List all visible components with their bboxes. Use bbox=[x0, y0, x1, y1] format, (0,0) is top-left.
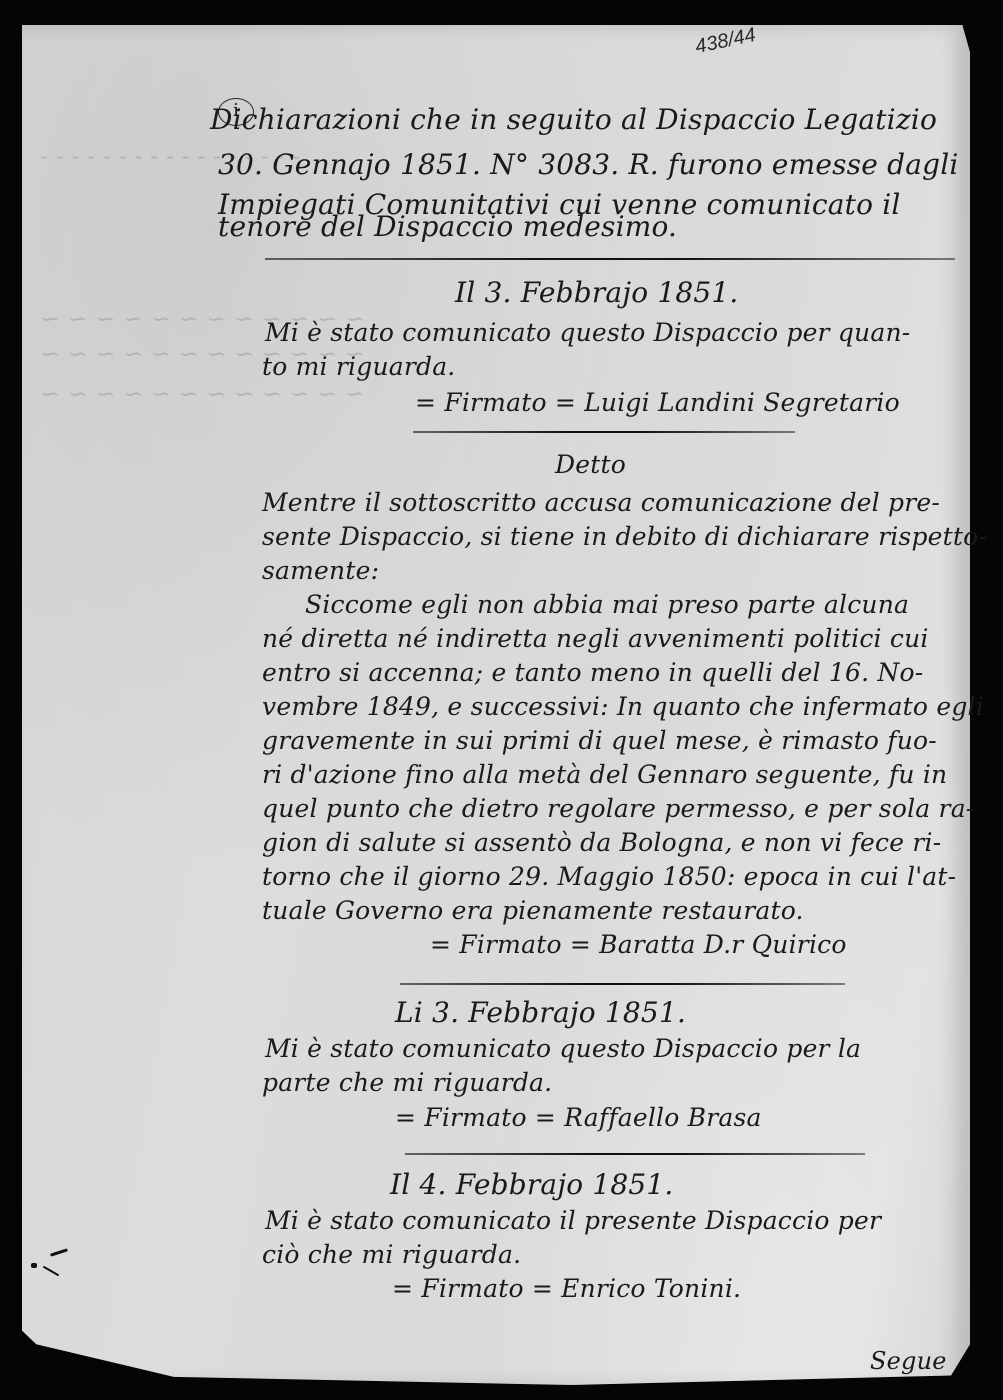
separator-rule bbox=[400, 983, 845, 985]
header-line: tenore del Dispaccio medesimo. bbox=[218, 210, 677, 243]
entry-body-line: Siccome egli non abbia mai preso parte a… bbox=[305, 590, 909, 619]
entry-body-line: né diretta né indiretta negli avveniment… bbox=[262, 624, 929, 653]
entry-signature: = Firmato = Luigi Landini Segretario bbox=[415, 388, 900, 417]
entry-body-line: to mi riguarda. bbox=[262, 352, 455, 381]
entry-signature: = Firmato = Raffaello Brasa bbox=[395, 1103, 762, 1132]
separator-rule bbox=[265, 258, 955, 260]
entry-body-line: gravemente in sui primi di quel mese, è … bbox=[262, 726, 937, 755]
entry-body-line: Mi è stato comunicato questo Dispaccio p… bbox=[265, 318, 910, 347]
entry-date: Li 3. Febbrajo 1851. bbox=[395, 996, 686, 1029]
entry-body-line: entro si accenna; e tanto meno in quelli… bbox=[262, 658, 923, 687]
entry-body-line: ri d'azione fino alla metà del Gennaro s… bbox=[262, 760, 947, 789]
entry-signature: = Firmato = Baratta D.r Quirico bbox=[430, 930, 847, 959]
entry-body-line: gion di salute si assentò da Bologna, e … bbox=[262, 828, 941, 857]
separator-rule bbox=[405, 1153, 865, 1155]
entry-body-line: Mi è stato comunicato il presente Dispac… bbox=[265, 1206, 881, 1235]
entry-date: Detto bbox=[555, 450, 626, 479]
entry-body-line: ciò che mi riguarda. bbox=[262, 1240, 521, 1269]
entry-body-line: tuale Governo era pienamente restaurato. bbox=[262, 896, 804, 925]
bleed-through-text: ~ ~ ~ ~ ~ ~ ~ ~ ~ ~ ~ ~ bbox=[40, 380, 365, 408]
entry-body-line: parte che mi riguarda. bbox=[262, 1068, 552, 1097]
entry-signature: = Firmato = Enrico Tonini. bbox=[392, 1274, 741, 1303]
entry-date: Il 4. Febbrajo 1851. bbox=[390, 1168, 674, 1201]
entry-date: Il 3. Febbrajo 1851. bbox=[455, 276, 739, 309]
separator-rule bbox=[413, 431, 795, 433]
entry-body-line: quel punto che dietro regolare permesso,… bbox=[262, 794, 974, 823]
entry-body-line: vembre 1849, e successivi: In quanto che… bbox=[262, 692, 984, 721]
header-line: Dichiarazioni che in seguito al Dispacci… bbox=[210, 103, 937, 136]
ink-mark bbox=[31, 1263, 37, 1268]
entry-body-line: torno che il giorno 29. Maggio 1850: epo… bbox=[262, 862, 956, 891]
catchword: Segue bbox=[870, 1347, 947, 1375]
entry-body-line: Mentre il sottoscritto accusa comunicazi… bbox=[262, 488, 940, 517]
entry-body-line: sente Dispaccio, si tiene in debito di d… bbox=[262, 522, 987, 551]
entry-body-line: samente: bbox=[262, 556, 379, 585]
header-line: 30. Gennajo 1851. N° 3083. R. furono eme… bbox=[218, 148, 959, 181]
entry-body-line: Mi è stato comunicato questo Dispaccio p… bbox=[265, 1034, 861, 1063]
